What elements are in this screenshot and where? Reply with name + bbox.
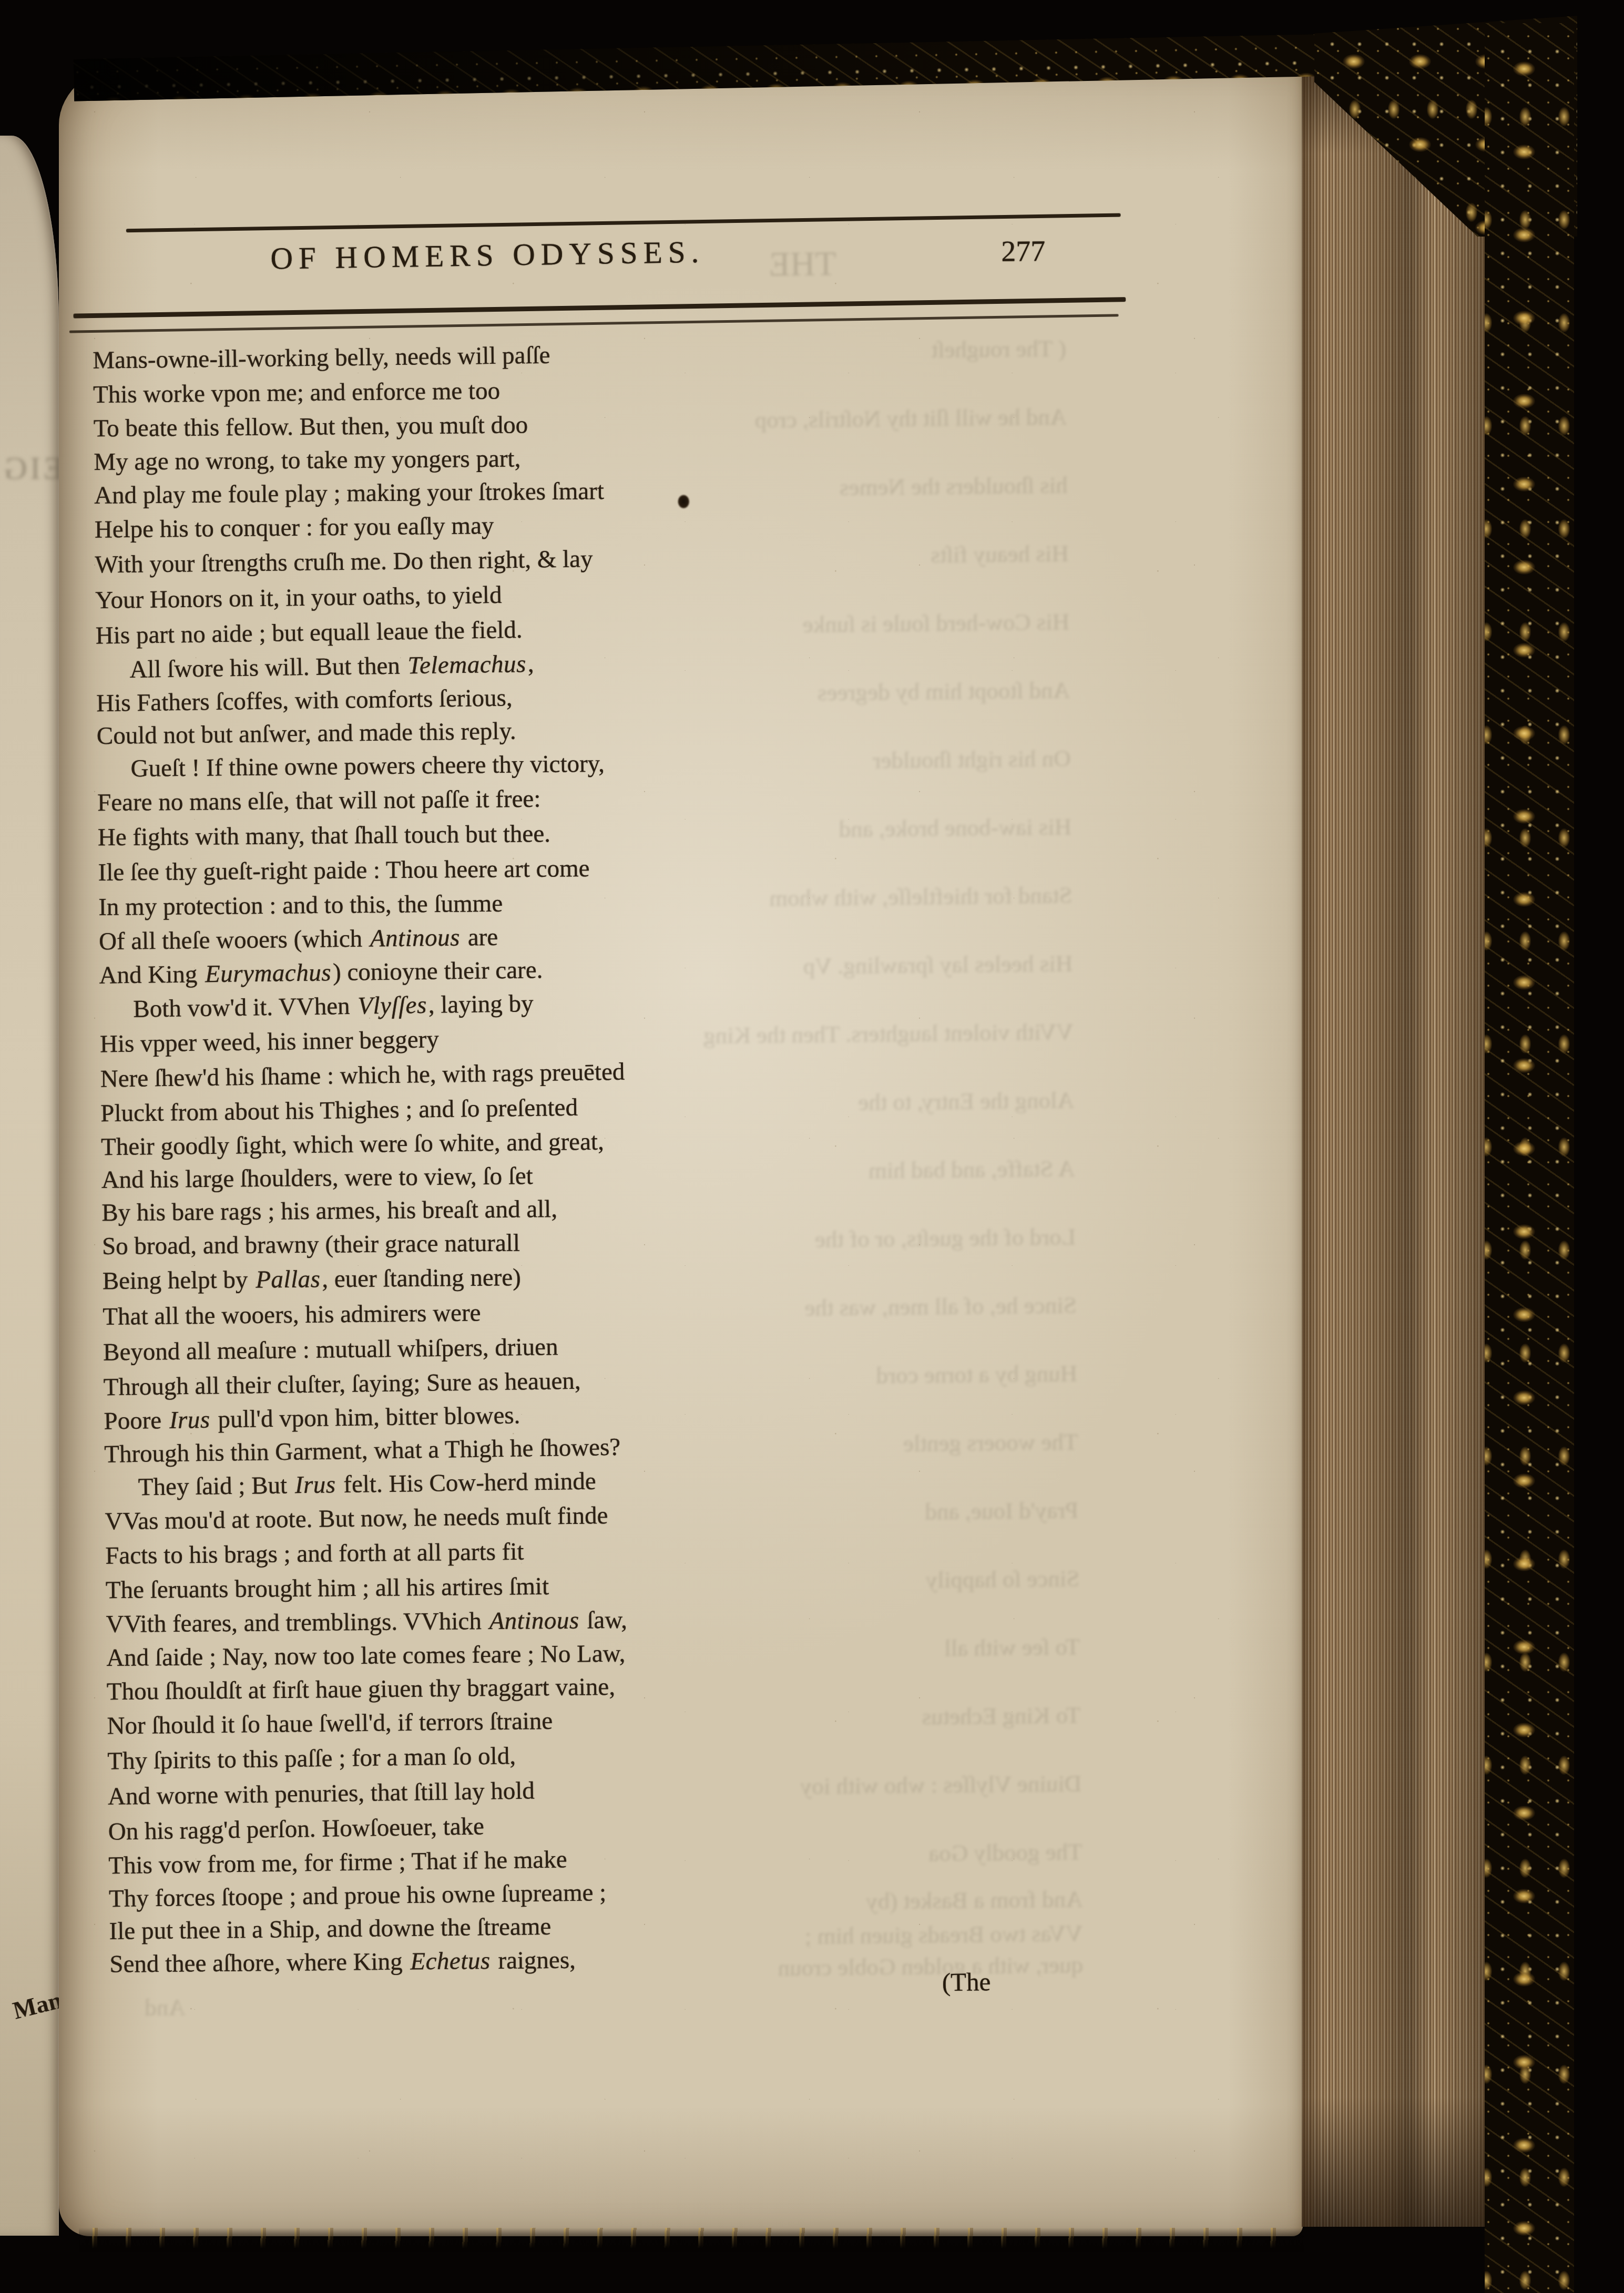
poem-line: He fights with many, that ſhall touch bu…: [98, 814, 918, 855]
header-rule-double-upper: [73, 297, 1126, 318]
bleedthrough-text: Pray'd Ioue, and: [925, 1496, 1078, 1525]
bleedthrough-text: To ſee with all: [944, 1633, 1080, 1662]
page-number: 277: [1001, 234, 1046, 269]
book-page: THE( The rougheſtAnd he will ſlit thy No…: [59, 62, 1303, 2236]
page-title: OF HOMERS ODYSSES.: [270, 234, 705, 277]
bleedthrough-text: His heauy fiſts: [931, 540, 1069, 569]
poem-text: Mans-owne-ill-working belly, needs will …: [93, 335, 930, 1983]
bleedthrough-text: EIG: [1, 450, 59, 487]
header-rule-top: [126, 213, 1121, 233]
ink-blot: [678, 495, 689, 508]
fore-edge-pages: [1302, 67, 1486, 2227]
facing-page-edge: EIG Mans: [0, 136, 59, 2236]
bleedthrough-text: To King Echetus: [922, 1701, 1080, 1730]
bleedthrough-text: And: [145, 1993, 186, 2021]
poem-line: Feare no mans elſe, that will not paſſe …: [97, 779, 918, 820]
bleedthrough-text: The goodly Goa: [928, 1838, 1082, 1867]
facing-page-catchword: Mans: [10, 1983, 59, 2025]
catchword: (The: [942, 1967, 991, 1997]
bleedthrough-text: The wooers gentle: [903, 1428, 1078, 1457]
bleedthrough-text: ( The rougheſt: [931, 335, 1066, 364]
bleedthrough-text: THE: [769, 244, 836, 284]
header-rule-double-lower: [69, 314, 1119, 333]
gilt-border-bottom: [79, 2228, 1304, 2252]
bleedthrough-text: Since ſo happily: [925, 1564, 1079, 1593]
poem-line: Send thee aſhore, where King Echetus rai…: [109, 1940, 930, 1981]
gilt-border-right: [1485, 23, 1574, 2293]
page-content: THE( The rougheſtAnd he will ſlit thy No…: [59, 62, 1303, 2236]
book-photo: EIG Mans THE( The rougheſtAnd he will ſl…: [0, 0, 1624, 2293]
